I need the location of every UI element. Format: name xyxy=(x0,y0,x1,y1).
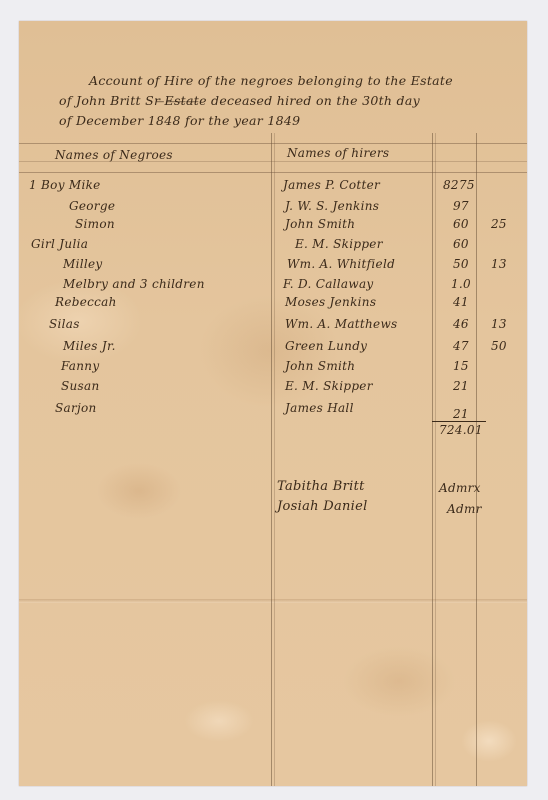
amount-cents: 50 xyxy=(491,339,507,353)
amount-cents: 25 xyxy=(491,217,507,231)
amount-dollars: 41 xyxy=(453,295,469,309)
column-rule-dollars-2 xyxy=(435,133,436,786)
hirer-name: John Smith xyxy=(285,217,355,231)
amount-cents: 13 xyxy=(491,317,507,331)
total-rule xyxy=(432,421,486,422)
column-rule-cents xyxy=(476,133,477,786)
amount-dollars: 82 xyxy=(443,178,459,192)
header-names-of-hirers: Names of hirers xyxy=(287,146,389,160)
hirer-name: James P. Cotter xyxy=(283,178,380,192)
hirer-name: Wm. A. Whitfield xyxy=(287,257,395,271)
title-line-1: Account of Hire of the negroes belonging… xyxy=(89,73,453,88)
signature-name: Tabitha Britt xyxy=(277,479,365,494)
title-line-3: of December 1848 for the year 1849 xyxy=(59,113,300,128)
amount-dollars: 47 xyxy=(453,339,469,353)
negro-name: Milley xyxy=(63,257,102,271)
amount-dollars: 1.0 xyxy=(451,277,471,291)
negro-name: Susan xyxy=(61,379,100,393)
header-names-of-negroes: Names of Negroes xyxy=(55,148,173,162)
hirer-name: James Hall xyxy=(285,401,354,415)
negro-name: Fanny xyxy=(61,359,99,373)
hirer-name: Wm. A. Matthews xyxy=(285,317,397,331)
negro-name: 1 Boy Mike xyxy=(29,178,101,192)
hirer-name: Green Lundy xyxy=(285,339,367,353)
amount-dollars: 15 xyxy=(453,359,469,373)
column-rule-hirers-2 xyxy=(274,133,275,786)
amount-dollars: 60 xyxy=(453,217,469,231)
negro-name: Sarjon xyxy=(55,401,97,415)
amount-dollars: 21 xyxy=(453,379,469,393)
negro-name: Simon xyxy=(75,217,115,231)
amount-dollars: 97 xyxy=(453,199,469,213)
negro-name: Melbry and 3 children xyxy=(63,277,205,291)
document-page: Account of Hire of the negroes belonging… xyxy=(19,21,527,786)
hirer-name: F. D. Callaway xyxy=(283,277,373,291)
title-line-2: of John Britt Sr ̶E̶s̶t̶a̶t̶e deceased h… xyxy=(59,93,420,108)
amount-dollars: 46 xyxy=(453,317,469,331)
negro-name: Girl Julia xyxy=(31,237,88,251)
negro-name: George xyxy=(69,199,115,213)
total-amount: 724.01 xyxy=(439,423,483,437)
amount-dollars: 21 xyxy=(453,407,469,421)
signature-name: Josiah Daniel xyxy=(277,499,368,514)
hirer-name: E. M. Skipper xyxy=(295,237,383,251)
hirer-name: E. M. Skipper xyxy=(285,379,373,393)
hirer-name: John Smith xyxy=(285,359,355,373)
header-rule-bottom xyxy=(19,172,527,173)
negro-name: Miles Jr. xyxy=(63,339,116,353)
signature-role: Admrx xyxy=(439,481,481,495)
amount-cents: 75 xyxy=(459,178,475,192)
amount-dollars: 60 xyxy=(453,237,469,251)
amount-dollars: 50 xyxy=(453,257,469,271)
column-rule-hirers xyxy=(271,133,272,786)
hirer-name: J. W. S. Jenkins xyxy=(285,199,379,213)
amount-cents: 13 xyxy=(491,257,507,271)
paper-fold xyxy=(19,599,527,603)
column-rule-dollars xyxy=(432,133,433,786)
negro-name: Rebeccah xyxy=(55,295,117,309)
header-rule-top xyxy=(19,143,527,144)
signature-role: Admr xyxy=(447,502,482,516)
negro-name: Silas xyxy=(49,317,80,331)
hirer-name: Moses Jenkins xyxy=(285,295,376,309)
